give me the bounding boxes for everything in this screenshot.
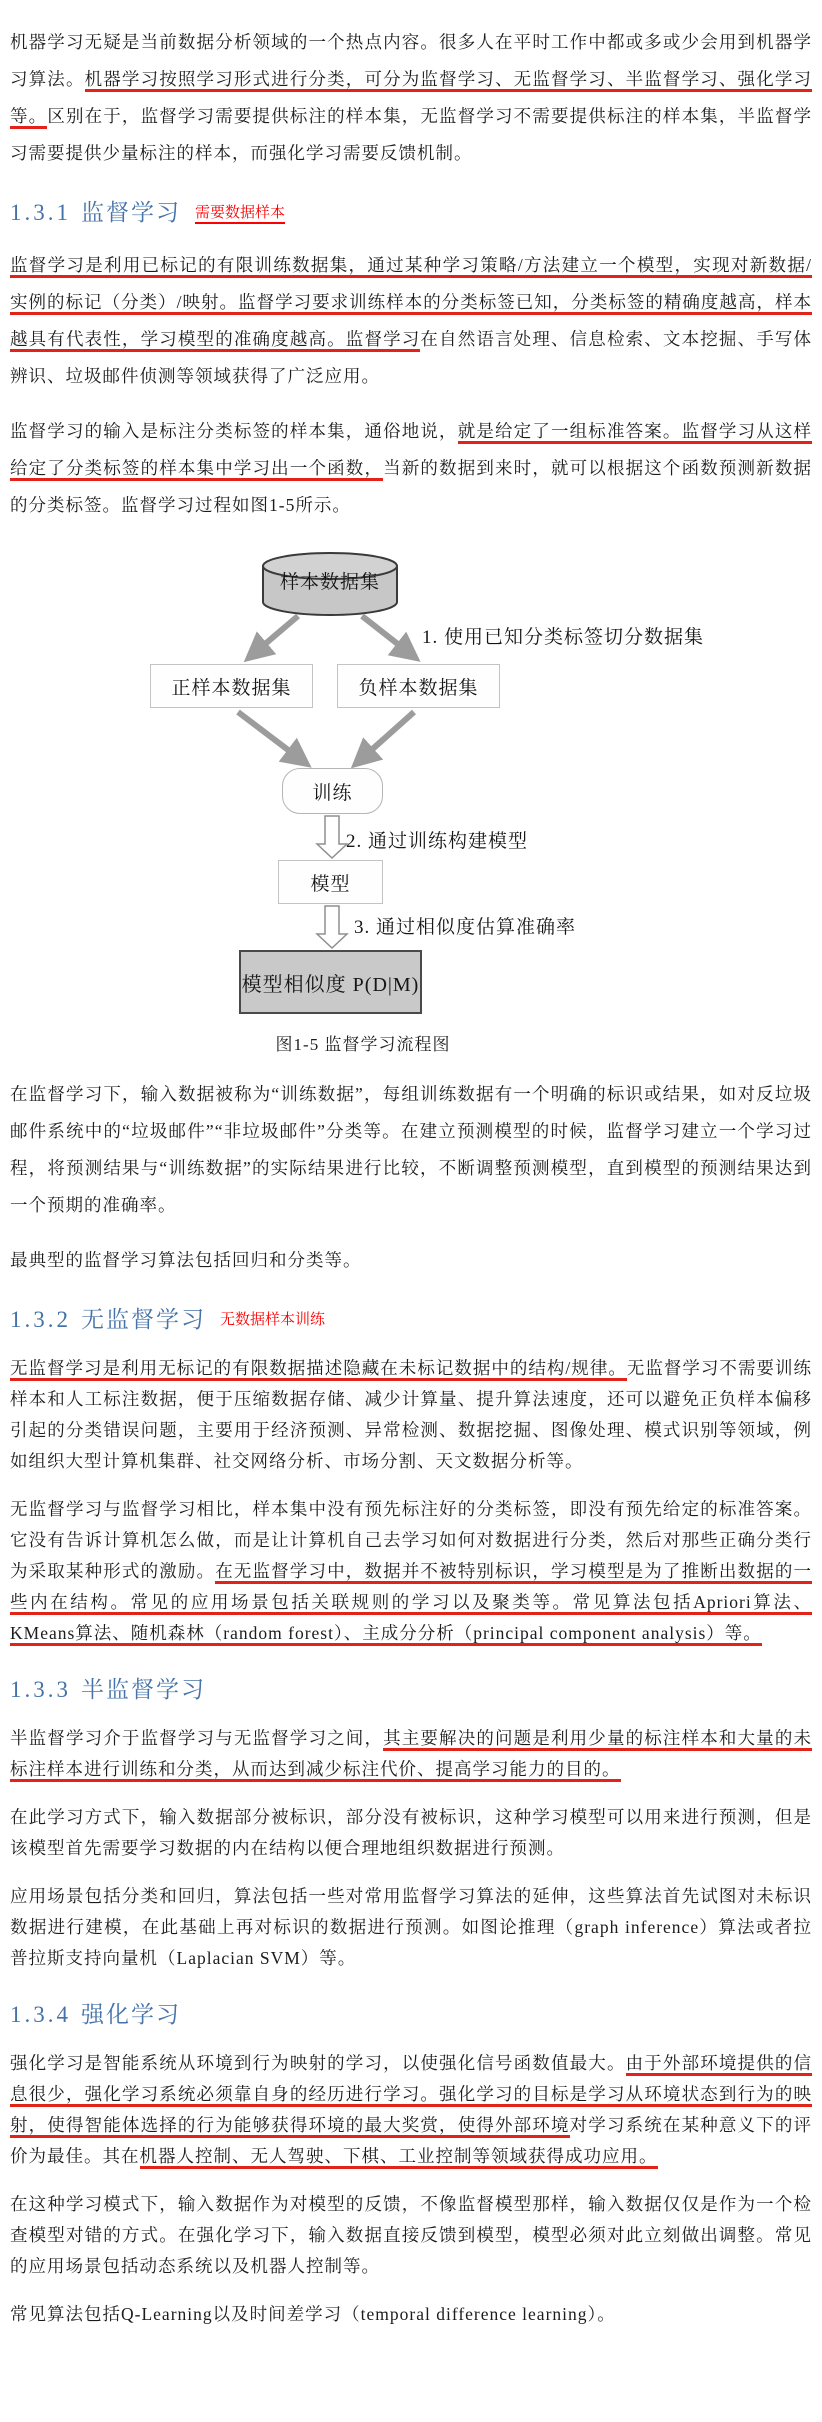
article-body: 机器学习无疑是当前数据分析领域的一个热点内容。很多人在平时工作中都或多或少会用到… <box>0 0 822 2330</box>
figure-caption: 图1-5 监督学习流程图 <box>10 1030 716 1055</box>
merge-arrow-left <box>238 712 304 762</box>
section-heading-supervised: 1.3.1监督学习需要数据样本 <box>10 196 812 229</box>
node-positive-dataset: 正样本数据集 <box>150 664 313 708</box>
step-3-label: 3. 通过相似度估算准确率 <box>354 912 576 939</box>
hollow-arrow-train-to-model <box>317 816 347 858</box>
node-negative-dataset: 负样本数据集 <box>337 664 500 708</box>
section-supervised-learning: 1.3.1监督学习需要数据样本 监督学习是利用已标记的有限训练数据集，通过某种学… <box>10 196 812 1279</box>
text-run: 监督学习的输入是标注分类标签的样本集，通俗地说， <box>10 421 458 441</box>
text-run: 在监督学习下，输入数据被称为“训练数据”，每组训练数据有一个明确的标识或结果，如… <box>10 1084 812 1215</box>
section-semi-supervised-learning: 1.3.3半监督学习 半监督学习介于监督学习与无监督学习之间，其主要解决的问题是… <box>10 1673 812 1974</box>
red-underlined-text: 机器人控制、无人驾驶、下棋、工业控制等领域获得成功应用。 <box>140 2146 658 2169</box>
paragraph: 监督学习是利用已标记的有限训练数据集，通过某种学习策略/方法建立一个模型，实现对… <box>10 247 812 395</box>
text-run: 半监督学习介于监督学习与无监督学习之间， <box>10 1728 383 1748</box>
split-arrow-right <box>362 616 413 656</box>
figure-supervised-learning-flowchart: 样本数据集 1. 使用已知分类标签切分数据集 正样本数据集 负样本数据集 训练 … <box>10 542 812 1058</box>
paragraph: 应用场景包括分类和回归，算法包括一些对常用监督学习算法的延伸，这些算法首先试图对… <box>10 1881 812 1974</box>
node-model-similarity: 模型相似度 P(D|M) <box>239 950 422 1014</box>
paragraph: 无监督学习与监督学习相比，样本集中没有预先标注好的分类标签，即没有预先给定的标准… <box>10 1494 812 1649</box>
paragraph: 无监督学习是利用无标记的有限数据描述隐藏在未标记数据中的结构/规律。无监督学习不… <box>10 1353 812 1477</box>
text-run: 区别在于，监督学习需要提供标注的样本集，无监督学习不需要提供标注的样本集，半监督… <box>10 106 812 163</box>
paragraph: 在监督学习下，输入数据被称为“训练数据”，每组训练数据有一个明确的标识或结果，如… <box>10 1076 812 1224</box>
node-model: 模型 <box>278 860 383 904</box>
section-heading-semi-supervised: 1.3.3半监督学习 <box>10 1673 812 1706</box>
text-run: 强化学习是智能系统从环境到行为映射的学习，以使强化信号函数值最大。 <box>10 2053 626 2073</box>
document-page: { "colors": { "heading_blue": "#4573a9",… <box>0 0 822 2422</box>
section-reinforcement-learning: 1.3.4强化学习 强化学习是智能系统从环境到行为映射的学习，以使强化信号函数值… <box>10 1998 812 2330</box>
section-title: 半监督学习 <box>81 1677 206 1702</box>
paragraph: 在此学习方式下，输入数据部分被标识，部分没有被标识，这种学习模型可以用来进行预测… <box>10 1802 812 1864</box>
section-heading-unsupervised: 1.3.2无监督学习无数据样本训练 <box>10 1303 812 1336</box>
step-1-label: 1. 使用已知分类标签切分数据集 <box>422 622 704 649</box>
intro-paragraph: 机器学习无疑是当前数据分析领域的一个热点内容。很多人在平时工作中都或多或少会用到… <box>10 24 812 172</box>
paragraph: 常见算法包括Q-Learning以及时间差学习（temporal differe… <box>10 2299 812 2330</box>
text-run: 在此学习方式下，输入数据部分被标识，部分没有被标识，这种学习模型可以用来进行预测… <box>10 1807 812 1858</box>
paragraph: 在这种学习模式下，输入数据作为对模型的反馈，不像监督模型那样，输入数据仅仅是作为… <box>10 2189 812 2282</box>
section-title: 无监督学习 <box>81 1307 206 1332</box>
text-run: 在这种学习模式下，输入数据作为对模型的反馈，不像监督模型那样，输入数据仅仅是作为… <box>10 2194 812 2276</box>
paragraph: 最典型的监督学习算法包括回归和分类等。 <box>10 1242 812 1279</box>
paragraph: 监督学习的输入是标注分类标签的样本集，通俗地说，就是给定了一组标准答案。监督学习… <box>10 413 812 524</box>
section-heading-reinforcement: 1.3.4强化学习 <box>10 1998 812 2031</box>
section-title: 强化学习 <box>81 2002 181 2027</box>
text-run: 应用场景包括分类和回归，算法包括一些对常用监督学习算法的延伸，这些算法首先试图对… <box>10 1886 812 1968</box>
paragraph: 半监督学习介于监督学习与无监督学习之间，其主要解决的问题是利用少量的标注样本和大… <box>10 1723 812 1785</box>
merge-arrow-right <box>358 712 414 762</box>
node-sample-dataset: 样本数据集 <box>263 572 397 594</box>
text-run: 常见算法包括Q-Learning以及时间差学习（temporal differe… <box>10 2304 616 2324</box>
section-unsupervised-learning: 1.3.2无监督学习无数据样本训练 无监督学习是利用无标记的有限数据描述隐藏在未… <box>10 1303 812 1649</box>
section-title: 监督学习 <box>81 200 181 225</box>
hollow-arrow-model-to-similarity <box>317 906 347 948</box>
node-train: 训练 <box>282 768 383 814</box>
section-number: 1.3.2 <box>10 1307 71 1332</box>
section-number: 1.3.4 <box>10 2002 71 2027</box>
red-underlined-text: 无监督学习是利用无标记的有限数据描述隐藏在未标记数据中的结构/规律。 <box>10 1358 627 1381</box>
split-arrow-left <box>251 616 298 656</box>
section-number: 1.3.1 <box>10 200 71 225</box>
handwritten-annotation: 无数据样本训练 <box>220 1311 325 1328</box>
step-2-label: 2. 通过训练构建模型 <box>346 826 528 853</box>
paragraph: 强化学习是智能系统从环境到行为映射的学习，以使强化信号函数值最大。由于外部环境提… <box>10 2048 812 2172</box>
section-number: 1.3.3 <box>10 1677 71 1702</box>
text-run: 最典型的监督学习算法包括回归和分类等。 <box>10 1250 362 1270</box>
handwritten-annotation: 需要数据样本 <box>195 204 285 224</box>
